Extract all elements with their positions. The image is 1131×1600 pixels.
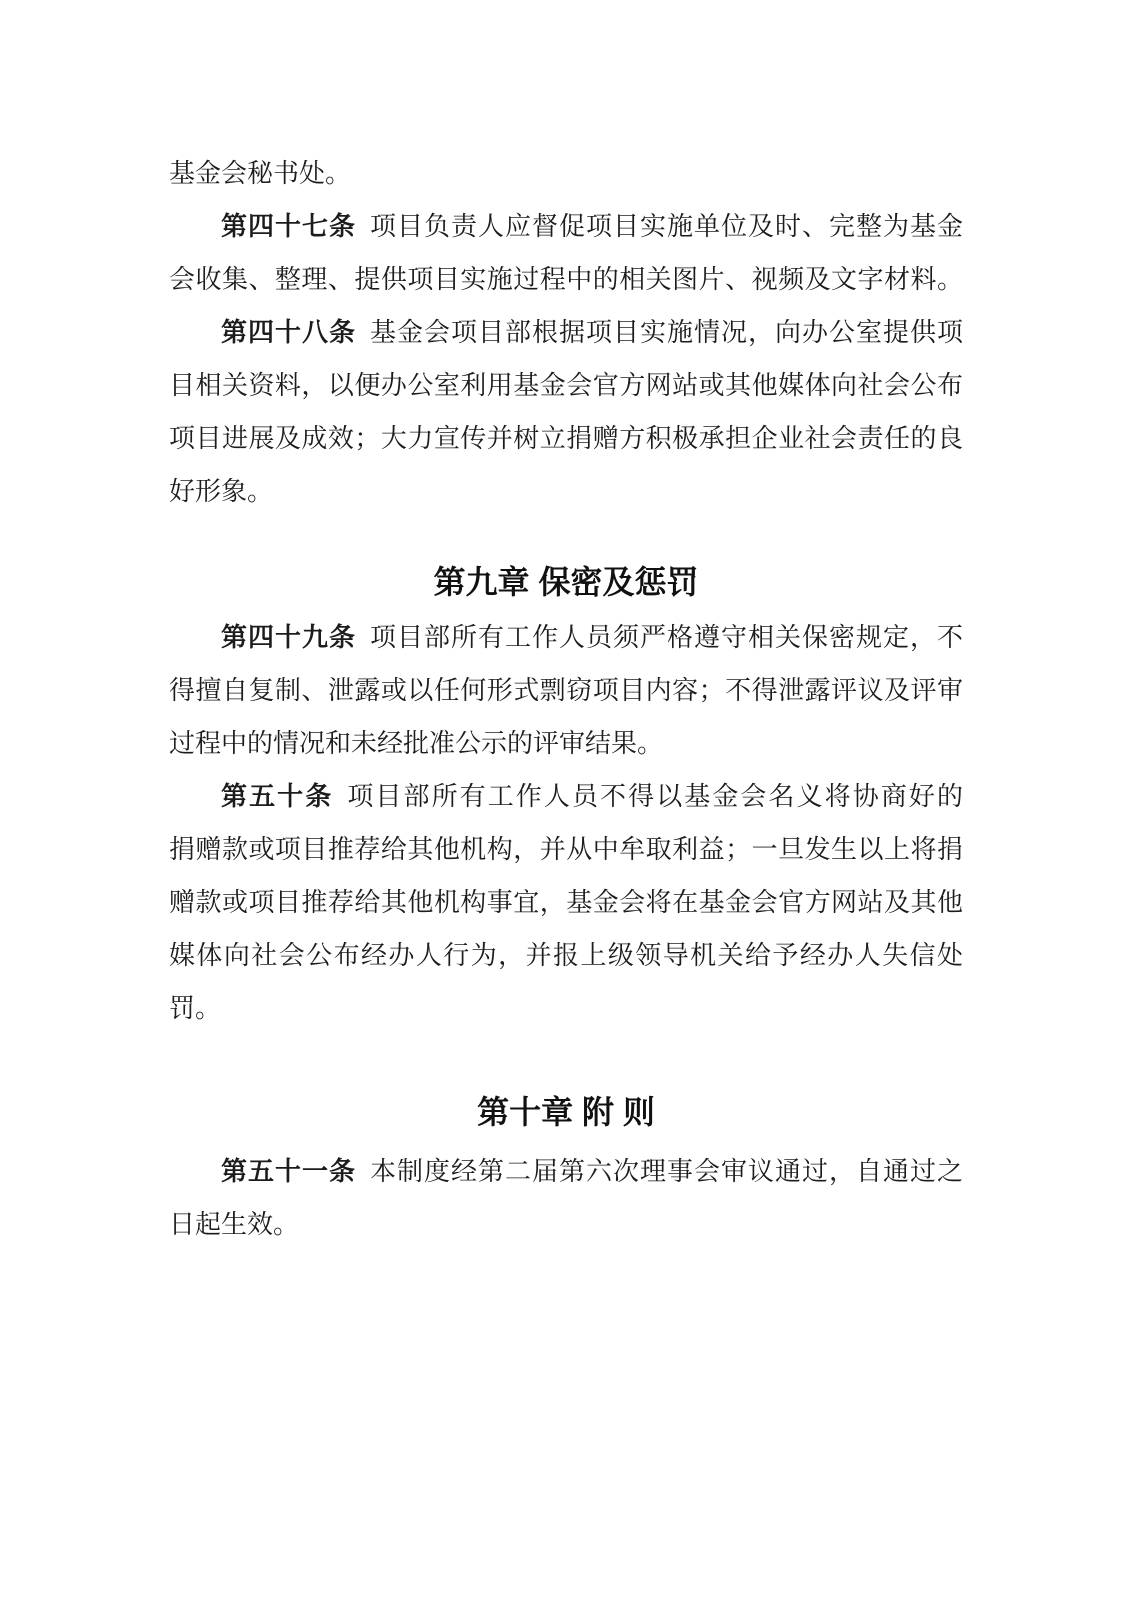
doc-line: 媒体向社会公布经办人行为，并报上级领导机关给予经办人失信处 <box>169 929 963 982</box>
doc-line: 好形象。 <box>169 465 963 518</box>
doc-line: 项目进展及成效；大力宣传并树立捐赠方积极承担企业社会责任的良 <box>169 412 963 465</box>
line-text: 媒体向社会公布经办人行为，并报上级领导机关给予经办人失信处 <box>169 941 963 970</box>
line-text: 捐赠款或项目推荐给其他机构，并从中牟取利益；一旦发生以上将捐 <box>169 835 963 864</box>
doc-line-article-50: 第五十条项目部所有工作人员不得以基金会名义将协商好的 <box>169 770 963 823</box>
doc-line-article-51: 第五十一条本制度经第二届第六次理事会审议通过，自通过之 <box>169 1145 963 1198</box>
line-text: 基金会秘书处。 <box>169 159 351 188</box>
doc-line: 过程中的情况和未经批准公示的评审结果。 <box>169 717 963 770</box>
document-text: 基金会秘书处。 第四十七条项目负责人应督促项目实施单位及时、完整为基金 会收集、… <box>169 147 963 1251</box>
doc-line: 目相关资料，以便办公室利用基金会官方网站或其他媒体向社会公布 <box>169 359 963 412</box>
doc-line-article-48: 第四十八条基金会项目部根据项目实施情况，向办公室提供项 <box>169 306 963 359</box>
article-number: 第四十八条 <box>221 317 356 347</box>
line-text: 项目部所有工作人员须严格遵守相关保密规定，不 <box>370 623 963 652</box>
doc-line: 罚。 <box>169 982 963 1035</box>
article-number: 第五十条 <box>221 781 333 811</box>
line-text: 好形象。 <box>169 477 273 506</box>
line-text: 得擅自复制、泄露或以任何形式剽窃项目内容；不得泄露评议及评审 <box>169 676 963 705</box>
line-text: 赠款或项目推荐给其他机构事宜，基金会将在基金会官方网站及其他 <box>169 888 963 917</box>
chapter-heading-9: 第九章 保密及惩罚 <box>169 556 963 609</box>
line-text: 项目部所有工作人员不得以基金会名义将协商好的 <box>347 782 963 811</box>
line-text: 项目进展及成效；大力宣传并树立捐赠方积极承担企业社会责任的良 <box>169 424 963 453</box>
line-text: 本制度经第二届第六次理事会审议通过，自通过之 <box>370 1157 963 1186</box>
article-number: 第五十一条 <box>221 1156 356 1186</box>
article-number: 第四十九条 <box>221 622 356 652</box>
doc-line: 得擅自复制、泄露或以任何形式剽窃项目内容；不得泄露评议及评审 <box>169 664 963 717</box>
doc-line-article-47: 第四十七条项目负责人应督促项目实施单位及时、完整为基金 <box>169 200 963 253</box>
document-page: 基金会秘书处。 第四十七条项目负责人应督促项目实施单位及时、完整为基金 会收集、… <box>0 0 1131 1600</box>
line-text: 基金会项目部根据项目实施情况，向办公室提供项 <box>370 318 963 347</box>
line-text: 会收集、整理、提供项目实施过程中的相关图片、视频及文字材料。 <box>169 265 963 294</box>
doc-line: 会收集、整理、提供项目实施过程中的相关图片、视频及文字材料。 <box>169 253 963 306</box>
doc-line: 赠款或项目推荐给其他机构事宜，基金会将在基金会官方网站及其他 <box>169 876 963 929</box>
chapter-heading-10: 第十章 附 则 <box>169 1086 963 1139</box>
article-number: 第四十七条 <box>221 211 356 241</box>
line-text: 过程中的情况和未经批准公示的评审结果。 <box>169 729 663 758</box>
line-text: 目相关资料，以便办公室利用基金会官方网站或其他媒体向社会公布 <box>169 371 963 400</box>
doc-line-article-49: 第四十九条项目部所有工作人员须严格遵守相关保密规定，不 <box>169 611 963 664</box>
doc-line: 日起生效。 <box>169 1198 963 1251</box>
doc-line: 捐赠款或项目推荐给其他机构，并从中牟取利益；一旦发生以上将捐 <box>169 823 963 876</box>
line-text: 日起生效。 <box>169 1210 299 1239</box>
doc-line: 基金会秘书处。 <box>169 147 963 200</box>
line-text: 项目负责人应督促项目实施单位及时、完整为基金 <box>370 212 963 241</box>
line-text: 罚。 <box>169 994 221 1023</box>
